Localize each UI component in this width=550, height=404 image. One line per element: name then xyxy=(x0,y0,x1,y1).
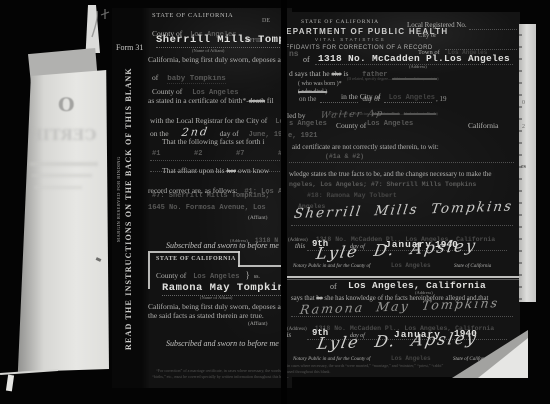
header-vital: VITAL STATISTICS xyxy=(315,38,386,43)
box-state: State of California xyxy=(156,256,236,262)
physician-note-struck1: Midwife in Birth xyxy=(373,111,400,116)
paper-speck xyxy=(96,257,102,262)
box-county-line: County of Los Angeles } ss. xyxy=(156,266,260,282)
box-ss: ss. xyxy=(254,274,260,280)
footnote-right-1: in cases where necessary, the words “wer… xyxy=(287,364,443,368)
sworn2-line2: the said facts as stated therein are tru… xyxy=(148,312,264,320)
who-was-born-line: ( who was born )* xyxy=(298,81,342,87)
name-of-affiant2-caption: (Name of Affiant) xyxy=(200,296,232,301)
dotted-rule xyxy=(291,225,513,226)
notary1-county: Los Angeles xyxy=(391,263,431,269)
box-county-label: County of xyxy=(156,271,186,280)
bleed-through-stamp: O xyxy=(58,96,75,115)
facts-numbers: #1 #2 #7 #18 xyxy=(152,151,291,158)
paper-edge-sliver xyxy=(6,375,14,392)
notary2-county: Los Angeles xyxy=(391,356,431,362)
year-stub: , 19 xyxy=(436,95,447,103)
address-typed: 1318 No. McCadden Pl.Los Angeles xyxy=(318,54,510,64)
says-pre: d says that he xyxy=(289,69,332,78)
footnote-right-2: used throughout this blank. xyxy=(287,370,331,374)
header-fragment-de: DE xyxy=(262,18,270,24)
physician-note-struck2: Undertaker in Death xyxy=(404,111,437,116)
dotted-rule xyxy=(445,49,517,50)
on-the-blank-line: on theday of, 19 xyxy=(299,96,447,103)
dotted-rule xyxy=(150,160,292,161)
physician-note-post: ) xyxy=(436,111,437,116)
relation-note-post: ) xyxy=(437,76,438,81)
physician-note: (Give name of Physician—Midwife in Birth… xyxy=(329,112,438,116)
this2-label: this xyxy=(287,332,291,339)
section-rule xyxy=(287,276,520,278)
box-border-top xyxy=(150,251,240,253)
dotted-rule xyxy=(289,162,514,163)
microfilm-scan: O CERTIF MARGIN RESERVED FOR BINDING REA… xyxy=(0,0,550,404)
affiant-name-typed: Sherrill Mills Tompkins xyxy=(156,35,292,48)
knowledge-post: own know xyxy=(236,166,269,175)
box-county-value: Los Angeles xyxy=(193,273,239,281)
changes-value-1: ngeles, Los Angeles; #7: Sherrill Mills … xyxy=(289,182,476,189)
bleed-smudge xyxy=(30,162,98,166)
box-border-left xyxy=(148,251,150,289)
bleed-smudge xyxy=(34,186,82,189)
city-fragment: s Angeles xyxy=(289,121,327,128)
of-label: of xyxy=(152,73,158,82)
filed-fragment: led by xyxy=(287,111,306,120)
notary1-label: Notary Public in and for the County of xyxy=(293,264,370,269)
edge-mark-3: es xyxy=(521,164,526,170)
facts-line: That the following facts set forth i xyxy=(162,138,264,146)
relation-note: (If related, specify degree—of friend or… xyxy=(347,77,439,81)
margin-instructions-note: READ THE INSTRUCTIONS ON THE BACK OF THI… xyxy=(124,120,136,350)
local-registered-label: Local Registered No. xyxy=(407,22,467,29)
says-struck: she xyxy=(332,69,342,78)
changes-line: wledge states the true facts to be, and … xyxy=(289,171,492,178)
affiant2-name-typed: Ramona May Tompkins xyxy=(162,283,291,296)
wit-value: (#1a & #2) xyxy=(325,154,364,161)
this-label: this xyxy=(295,243,305,250)
left-form-page: MARGIN RESERVED FOR BINDING READ THE INS… xyxy=(112,8,292,388)
certificate-post: fil xyxy=(265,96,274,105)
county-label: County of xyxy=(336,122,366,130)
certificate-pre: as stated in a certificate of birth*- xyxy=(148,96,249,105)
relation-note-pre: (If related, specify degree— xyxy=(347,76,392,81)
affiant1-signature: Sherrill Mills Tompkins xyxy=(293,200,514,221)
of-label: of xyxy=(303,56,310,64)
edge-mark-2: 2 xyxy=(522,124,525,130)
subscribed-line: Subscribed and sworn to before me xyxy=(166,242,279,250)
notary2-label: Notary Public in and for the County of xyxy=(293,357,370,362)
knowledge-pre: That affiant upon his xyxy=(162,166,226,175)
state-word: California xyxy=(468,122,498,130)
edge-mark-1: 0 xyxy=(522,100,525,106)
form-number: Form 31 xyxy=(116,44,143,52)
certificate-struck: death xyxy=(249,96,265,105)
knowledge-struck: her xyxy=(226,166,236,175)
correction-line-2: #7: Sherrill Mills Tompkins; xyxy=(152,193,270,200)
dotted-rule xyxy=(291,316,513,317)
notary1-state: State of California xyxy=(454,264,491,269)
date-fragment: e, 1921 xyxy=(288,133,317,140)
page-edge-strip: 0 2 es xyxy=(519,24,536,302)
affiant2-signature: Ramona May Tompkins xyxy=(299,297,500,316)
folded-corner xyxy=(478,338,528,378)
address-caption: (Address) xyxy=(409,65,427,70)
affiant-caption: (Affiant) xyxy=(248,216,267,222)
changes-value-2: #18: Ramona May Tolbert xyxy=(307,193,397,200)
correction-line-3: 1645 No. Formosa Avenue, Los xyxy=(148,205,266,212)
header-affidavits: AFFIDAVITS FOR CORRECTION OF A RECORD xyxy=(287,45,433,51)
subscribed2-line: Subscribed and sworn to before me xyxy=(166,340,279,348)
relation-note-struck: of friend or relative, so state xyxy=(392,76,437,81)
bleed-through-text: CERTIF xyxy=(32,128,96,143)
on-the-label: on the xyxy=(299,95,316,103)
bleed-smudge xyxy=(32,174,92,177)
header-state: State of California xyxy=(301,20,379,26)
dotted-rule xyxy=(469,29,517,30)
of2-label: of xyxy=(330,283,337,291)
physician-note-pre: (Give name of Physician— xyxy=(329,111,373,116)
footnote-2: “births,” etc., must be covered speciall… xyxy=(152,375,289,379)
footnote-1: “For correction” of a marriage certifica… xyxy=(156,369,281,373)
day-of-label: day of xyxy=(362,95,380,103)
city-or-label: City or xyxy=(418,33,436,40)
right-form-page: State of California DEPARTMENT OF PUBLIC… xyxy=(287,12,520,377)
county-value: Los Angeles xyxy=(367,121,413,128)
sworn2-line1: California, being first duly sworn, depo… xyxy=(148,303,285,311)
certificate-line: as stated in a certificate of birth*-dea… xyxy=(148,97,274,105)
name-of-affiant-caption: (Name of Affiant) xyxy=(192,49,224,54)
sworn-line: California, being first duly sworn, depo… xyxy=(148,56,281,64)
wit-line: aid certificate are not correctly stated… xyxy=(292,144,439,151)
state-heading: State of California xyxy=(152,13,233,20)
affiant2-caption: (Affiant) xyxy=(248,322,267,328)
county2-label: County of xyxy=(152,87,182,96)
name-fragment: ns xyxy=(289,51,299,59)
blank-sheet: O CERTIF xyxy=(16,70,109,372)
knowledge-line: That affiant upon his her own know xyxy=(162,167,269,175)
